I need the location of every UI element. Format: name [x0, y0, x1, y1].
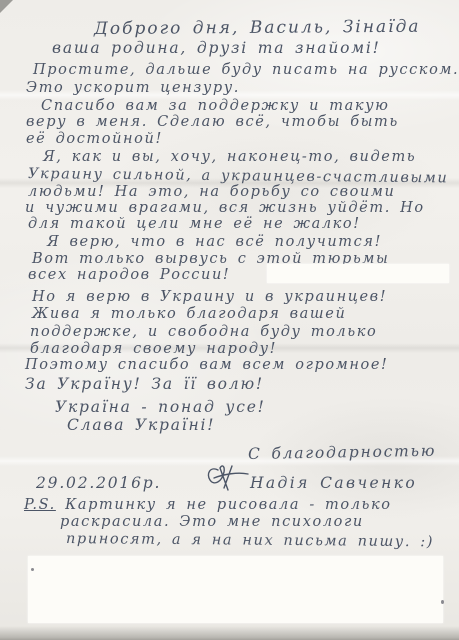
slogan-line: Україна - понад усе! [55, 400, 266, 416]
body-line: Жива я только благодаря вашей [32, 307, 346, 322]
slogan-line: За Україну! За її волю! [25, 377, 264, 393]
body-line: и чужими врагами, вся жизнь уйдёт. Но [25, 201, 425, 216]
scan-corner-mark [0, 0, 13, 13]
greeting-line-1: Доброго дня, Василь, Зінаїда [94, 19, 421, 38]
redaction-block-top [267, 264, 449, 283]
redaction-block-bottom [28, 556, 443, 623]
body-line: её достойной! [26, 132, 163, 147]
body-line: всех народов России! [28, 268, 230, 283]
body-line: поддержке, и свободна буду только [30, 325, 377, 340]
body-line: людьми! На это, на борьбу со своими [28, 185, 395, 200]
closing-line: С благодарностью [248, 444, 437, 463]
body-line: Но я верю в Украину и в украинцев! [32, 290, 387, 305]
ink-speck [441, 600, 444, 604]
body-line: Я, как и вы, хочу, наконец-то, видеть [43, 150, 416, 165]
ps-label: P.S. [24, 497, 56, 513]
greeting-line-2: ваша родина, друзі та знайомі! [52, 41, 381, 57]
body-line: Поэтому спасибо вам всем огромное! [25, 358, 388, 373]
body-line: благодаря своему народу! [30, 342, 277, 357]
signature-name: Надія Савченко [250, 476, 417, 492]
slogan-line: Слава Україні! [67, 418, 215, 434]
ps-line: приносят, а я на них письма пишу. :) [66, 532, 434, 550]
body-line: Простите, дальше буду писать на русском. [33, 63, 459, 78]
ps-line: P.S. Картинку я не рисовала - только [24, 498, 392, 513]
body-line: веру в меня. Сделаю всё, чтобы быть [26, 115, 399, 130]
body-line: Это ускорит цензуру. [26, 81, 240, 96]
ink-speck [31, 568, 34, 571]
ps-line: раскрасила. Это мне психологи [60, 515, 364, 530]
letter-paper: Доброго дня, Василь, Зінаїда ваша родина… [0, 0, 459, 640]
body-line: Спасибо вам за поддержку и такую [41, 99, 389, 114]
body-line: Я верю, что в нас всё получится! [47, 235, 382, 250]
ps-text: Картинку я не рисовала - только [65, 497, 392, 513]
signature-flourish [204, 462, 252, 494]
date-text: 29.02.2016р. [36, 476, 161, 492]
body-line: для такой цели мне её не жалко! [28, 217, 361, 232]
scan-edge-shadow [0, 626, 459, 640]
